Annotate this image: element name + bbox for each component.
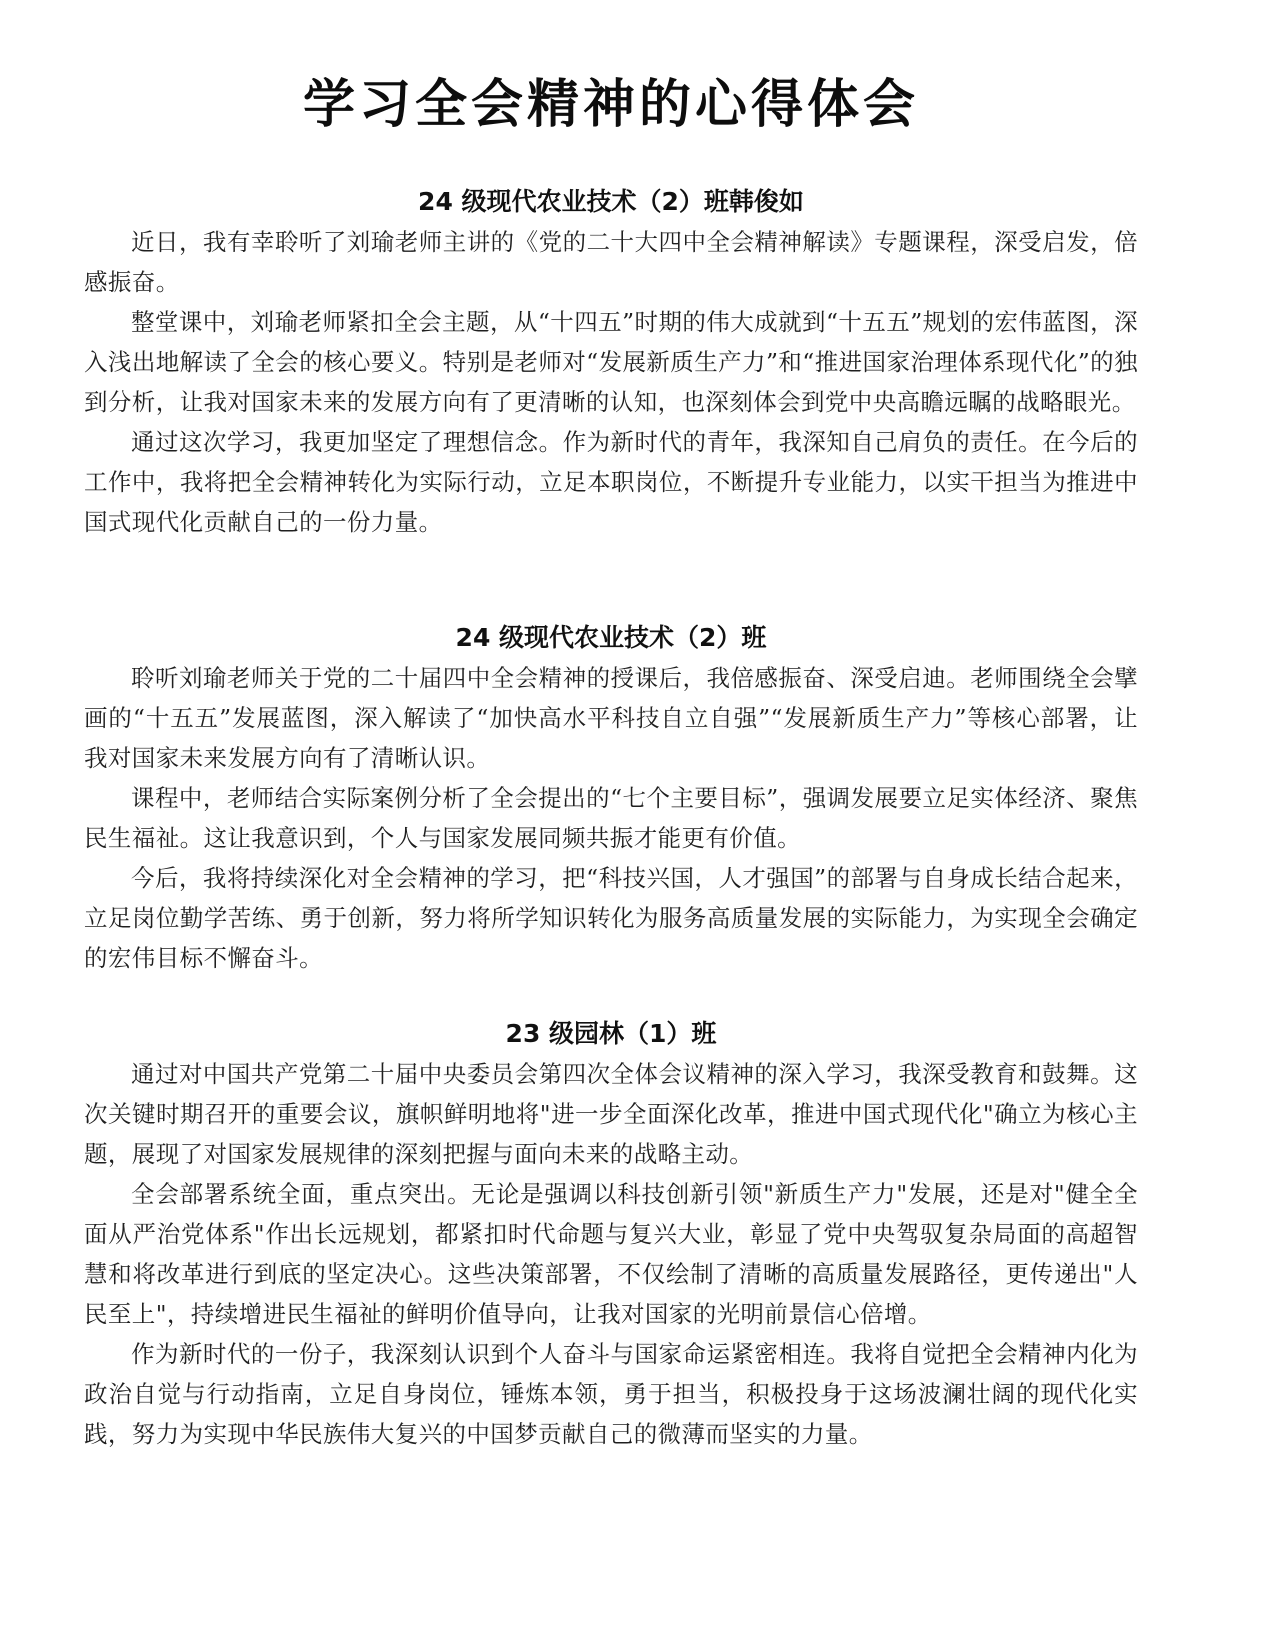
paragraph: 课程中，老师结合实际案例分析了全会提出的“七个主要目标”，强调发展要立足实体经济… (84, 778, 1138, 858)
section-heading: 23 级园林（1）班 (84, 1014, 1138, 1054)
document-title: 学习全会精神的心得体会 (84, 70, 1138, 140)
reflection-section-1: 24 级现代农业技术（2）班韩俊如 近日，我有幸聆听了刘瑜老师主讲的《党的二十大… (84, 182, 1138, 542)
section-heading: 24 级现代农业技术（2）班 (84, 618, 1138, 658)
reflection-section-2: 24 级现代农业技术（2）班 聆听刘瑜老师关于党的二十届四中全会精神的授课后，我… (84, 618, 1138, 978)
paragraph: 通过这次学习，我更加坚定了理想信念。作为新时代的青年，我深知自己肩负的责任。在今… (84, 422, 1138, 542)
paragraph: 通过对中国共产党第二十届中央委员会第四次全体会议精神的深入学习，我深受教育和鼓舞… (84, 1054, 1138, 1174)
section-heading: 24 级现代农业技术（2）班韩俊如 (84, 182, 1138, 222)
paragraph: 作为新时代的一份子，我深刻认识到个人奋斗与国家命运紧密相连。我将自觉把全会精神内… (84, 1334, 1138, 1454)
reflection-section-3: 23 级园林（1）班 通过对中国共产党第二十届中央委员会第四次全体会议精神的深入… (84, 1014, 1138, 1454)
paragraph: 整堂课中，刘瑜老师紧扣全会主题，从“十四五”时期的伟大成就到“十五五”规划的宏伟… (84, 302, 1138, 422)
paragraph: 近日，我有幸聆听了刘瑜老师主讲的《党的二十大四中全会精神解读》专题课程，深受启发… (84, 222, 1138, 302)
paragraph: 今后，我将持续深化对全会精神的学习，把“科技兴国，人才强国”的部署与自身成长结合… (84, 858, 1138, 978)
paragraph: 全会部署系统全面，重点突出。无论是强调以科技创新引领"新质生产力"发展，还是对"… (84, 1174, 1138, 1334)
paragraph: 聆听刘瑜老师关于党的二十届四中全会精神的授课后，我倍感振奋、深受启迪。老师围绕全… (84, 658, 1138, 778)
